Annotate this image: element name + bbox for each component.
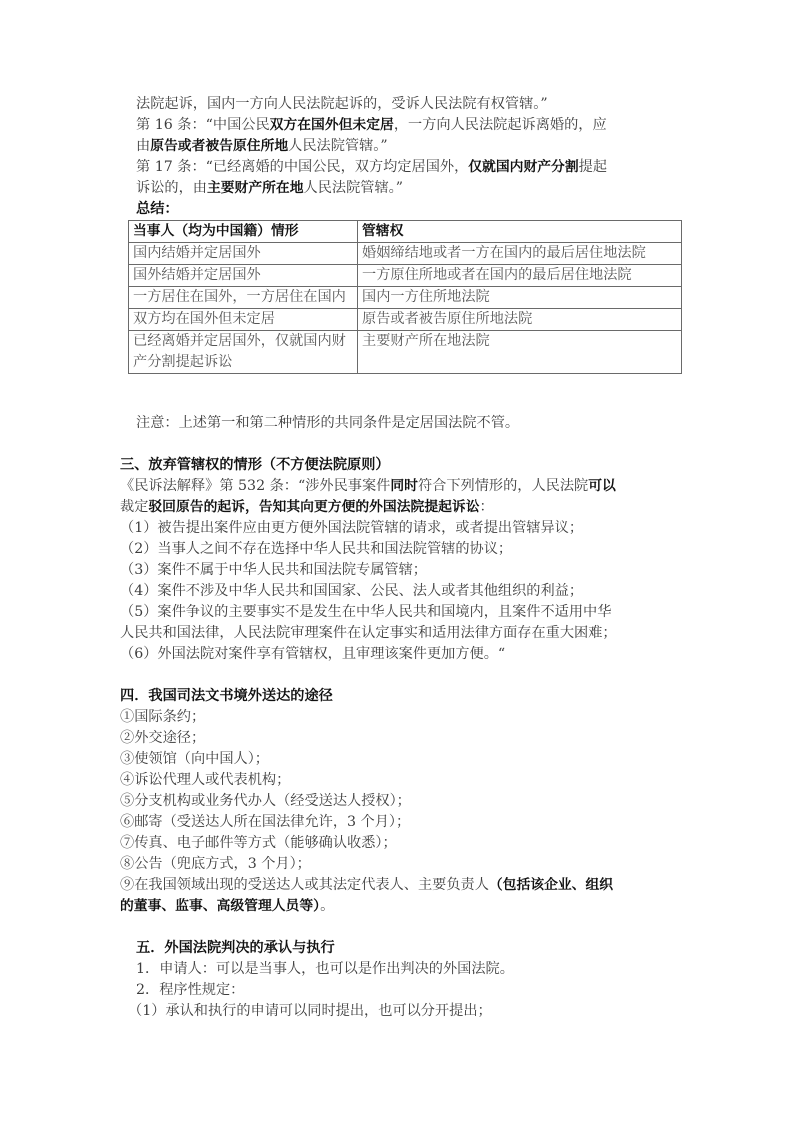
section3-item: 人民共和国法律，人民法院审理案件在认定事实和适用法律方面存在重大困难； bbox=[120, 623, 617, 644]
art17-line2: 诉讼的，由主要财产所在地人民法院管辖。” bbox=[136, 178, 403, 199]
art17-line1: 第 17 条：“已经离婚的中国公民，双方均定居国外，仅就国内财产分割提起 bbox=[136, 157, 607, 178]
section4-item: ⑤分支机构或业务代办人（经受送达人授权）； bbox=[120, 791, 411, 812]
art16-line1: 第 16 条：“中国公民双方在国外但未定居，一方向人民法院起诉离婚的，应 bbox=[136, 115, 607, 136]
art16-bold2: 原告或者被告原住所地 bbox=[150, 138, 288, 154]
art17-bold1: 仅就国内财产分割 bbox=[468, 159, 578, 175]
section5-item: 2．程序性规定： bbox=[136, 980, 244, 1001]
jurisdiction-summary-table: 当事人（均为中国籍）情形 管辖权 国内结婚并定居国外 婚姻缔结地或者一方在国内的… bbox=[128, 220, 682, 374]
section3-title: 三、放弃管辖权的情形（不方便法院原则） bbox=[120, 455, 390, 476]
section4-item9-post: 。 bbox=[320, 898, 334, 914]
document-page: 法院起诉，国内一方向人民法院起诉的，受诉人民法院有权管辖。” 第 16 条：“中… bbox=[0, 0, 793, 1122]
table-cell: 一方居住在国外，一方居住在国内 bbox=[129, 287, 358, 309]
table-cell: 主要财产所在地法院 bbox=[358, 331, 682, 374]
art16-prefix: 第 16 条：“中国公民 bbox=[136, 117, 270, 133]
table-cell: 已经离婚并定居国外，仅就国内财产分割提起诉讼 bbox=[129, 331, 358, 374]
section3-intro-bold2: 可以 bbox=[588, 478, 616, 494]
section5-title: 五．外国法院判决的承认与执行 bbox=[136, 938, 335, 959]
art17-line2-post: 人民法院管辖。” bbox=[304, 180, 403, 196]
section4-item: ③使领馆（向中国人）； bbox=[120, 749, 269, 770]
section4-item9-bold1: （包括该企业、组织 bbox=[489, 877, 613, 893]
table-row: 已经离婚并定居国外，仅就国内财产分割提起诉讼 主要财产所在地法院 bbox=[129, 331, 682, 374]
table-cell: 国内结婚并定居国外 bbox=[129, 243, 358, 265]
table-row: 国外结婚并定居国外 一方原住所地或者在国内的最后居住地法院 bbox=[129, 265, 682, 287]
table-cell: 婚姻缔结地或者一方在国内的最后居住地法院 bbox=[358, 243, 682, 265]
section3-item: （5）案件争议的主要事实不是发生在中华人民共和国境内，且案件不适用中华 bbox=[120, 602, 611, 623]
section3-intro-line1: 《民诉法解释》第 532 条：“涉外民事案件同时符合下列情形的，人民法院可以 bbox=[120, 476, 616, 497]
section4-title: 四．我国司法文书境外送达的途径 bbox=[120, 686, 333, 707]
section4-item-9-line2: 的董事、监事、高级管理人员等）。 bbox=[120, 896, 334, 917]
art17-prefix: 第 17 条：“已经离婚的中国公民，双方均定居国外， bbox=[136, 159, 468, 175]
section3-intro2-bold: 驳回原告的起诉，告知其向更方便的外国法院提起诉讼 bbox=[148, 499, 479, 515]
art16-line2-pre: 由 bbox=[136, 138, 150, 154]
section4-item9-pre: ⑨在我国领域出现的受送达人或其法定代表人、主要负责人 bbox=[120, 877, 489, 893]
section5-item: 1．申请人：可以是当事人，也可以是作出判决的外国法院。 bbox=[136, 959, 514, 980]
table-row: 双方均在国外但未定居 原告或者被告原住所地法院 bbox=[129, 309, 682, 331]
section3-intro2-pre: 裁定 bbox=[120, 499, 148, 515]
section5-item: （1）承认和执行的申请可以同时提出，也可以分开提出； bbox=[128, 1001, 492, 1022]
table-header-row: 当事人（均为中国籍）情形 管辖权 bbox=[129, 221, 682, 243]
table-cell: 国外结婚并定居国外 bbox=[129, 265, 358, 287]
section3-intro2-post: ： bbox=[480, 499, 494, 515]
section4-item: ②外交途径； bbox=[120, 728, 205, 749]
table-header-situation: 当事人（均为中国籍）情形 bbox=[129, 221, 358, 243]
section3-intro-line2: 裁定驳回原告的起诉，告知其向更方便的外国法院提起诉讼： bbox=[120, 497, 494, 518]
art16-line2-post: 人民法院管辖。” bbox=[288, 138, 387, 154]
table-row: 一方居住在国外，一方居住在国内 国内一方住所地法院 bbox=[129, 287, 682, 309]
section3-item: （3）案件不属于中华人民共和国法院专属管辖； bbox=[120, 560, 427, 581]
art17-suffix: 提起 bbox=[579, 159, 607, 175]
table-header-jurisdiction: 管辖权 bbox=[358, 221, 682, 243]
section3-item: （1）被告提出案件应由更方便外国法院管辖的请求，或者提出管辖异议； bbox=[120, 518, 583, 539]
art16-bold1: 双方在国外但未定居 bbox=[270, 117, 394, 133]
section4-item: ④诉讼代理人或代表机构； bbox=[120, 770, 290, 791]
section4-item9-bold2: 的董事、监事、高级管理人员等） bbox=[120, 898, 320, 914]
summary-label: 总结： bbox=[136, 199, 179, 220]
section3-item: （2）当事人之间不存在选择中华人民共和国法院管辖的协议； bbox=[120, 539, 512, 560]
table-cell: 一方原住所地或者在国内的最后居住地法院 bbox=[358, 265, 682, 287]
section3-intro-pre: 《民诉法解释》第 532 条：“涉外民事案件 bbox=[120, 478, 390, 494]
table-cell: 国内一方住所地法院 bbox=[358, 287, 682, 309]
section4-item: ⑥邮寄（受送达人所在国法律允许，3 个月）； bbox=[120, 812, 410, 833]
section3-item: （4）案件不涉及中华人民共和国国家、公民、法人或者其他组织的利益； bbox=[120, 581, 583, 602]
art17-line2-pre: 诉讼的，由 bbox=[136, 180, 207, 196]
section3-item: （6）外国法院对案件享有管辖权，且审理该案件更加方便。“ bbox=[120, 644, 505, 665]
section3-intro-mid: 符合下列情形的，人民法院 bbox=[418, 478, 588, 494]
art15-tail: 法院起诉，国内一方向人民法院起诉的，受诉人民法院有权管辖。” bbox=[136, 94, 548, 115]
section4-item: ①国际条约； bbox=[120, 707, 205, 728]
art16-mid: ，一方向人民法院起诉离婚的，应 bbox=[394, 117, 607, 133]
table-cell: 原告或者被告原住所地法院 bbox=[358, 309, 682, 331]
section3-intro-bold1: 同时 bbox=[390, 478, 418, 494]
art17-bold2: 主要财产所在地 bbox=[207, 180, 304, 196]
section4-item: ⑧公告（兜底方式，3 个月）； bbox=[120, 854, 311, 875]
table-cell: 双方均在国外但未定居 bbox=[129, 309, 358, 331]
section4-item: ⑦传真、电子邮件等方式（能够确认收悉）； bbox=[120, 833, 397, 854]
section4-item-9-line1: ⑨在我国领域出现的受送达人或其法定代表人、主要负责人（包括该企业、组织 bbox=[120, 875, 613, 896]
art16-line2: 由原告或者被告原住所地人民法院管辖。” bbox=[136, 136, 388, 157]
table-row: 国内结婚并定居国外 婚姻缔结地或者一方在国内的最后居住地法院 bbox=[129, 243, 682, 265]
table-note: 注意：上述第一和第二种情形的共同条件是定居国法院不管。 bbox=[136, 413, 519, 434]
